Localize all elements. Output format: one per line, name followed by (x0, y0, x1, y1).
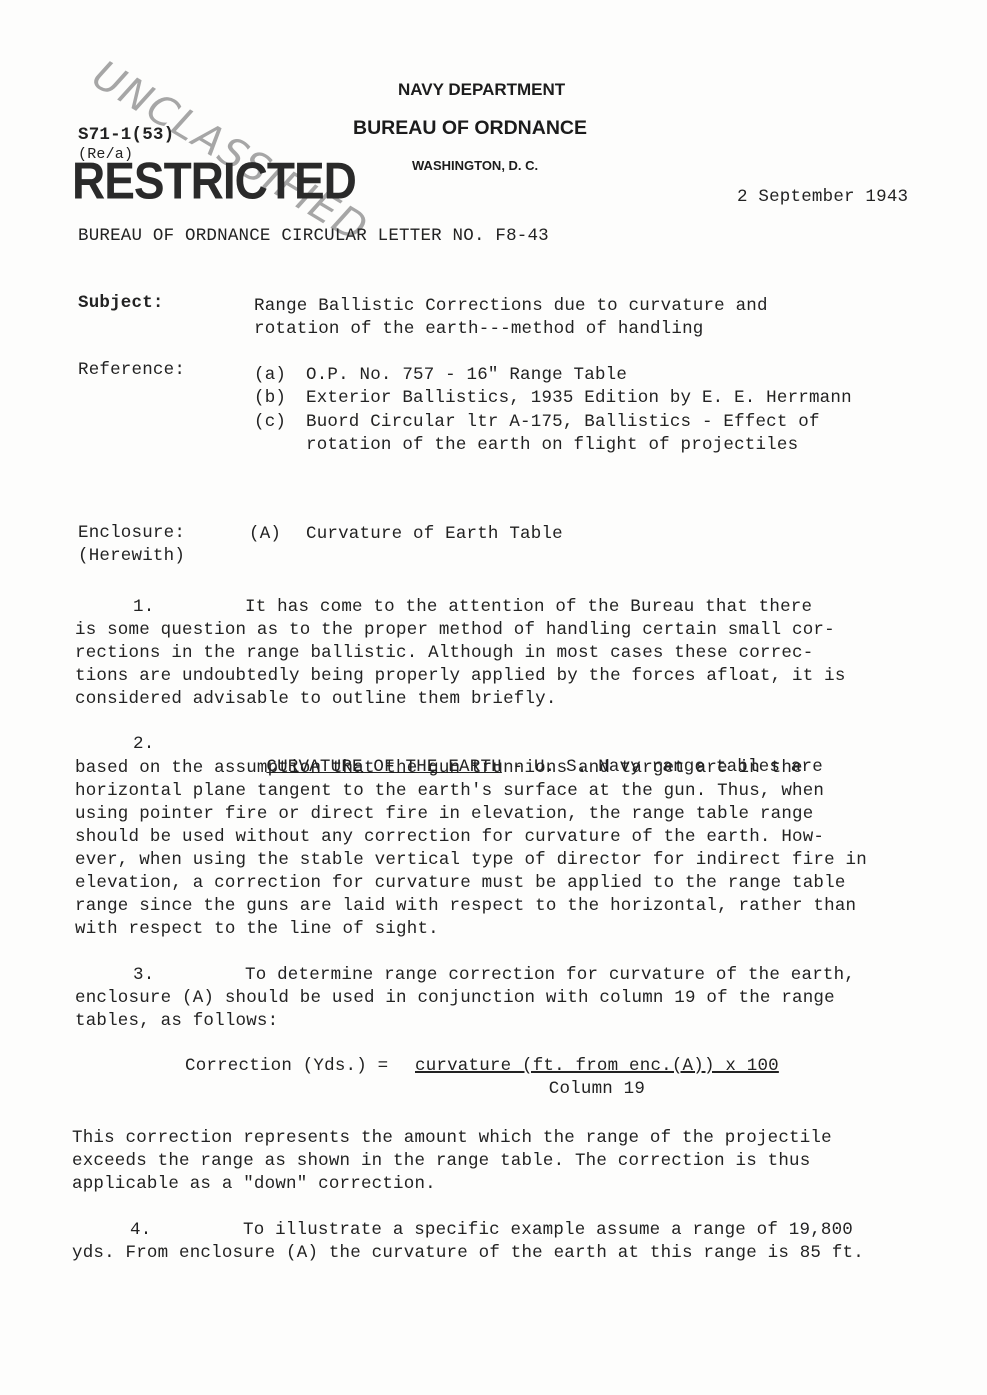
paragraph-3b-line: exceeds the range as shown in the range … (72, 1150, 810, 1173)
paragraph-4-first-line: To illustrate a specific example assume … (243, 1219, 853, 1242)
formula-lhs: Correction (Yds.) = (185, 1055, 388, 1078)
paragraph-3-line: enclosure (A) should be used in conjunct… (75, 987, 835, 1010)
paragraph-1-line: is some question as to the proper method… (75, 619, 835, 642)
reference-label: Reference: (78, 359, 185, 382)
reference-c-mark: (c) (254, 411, 286, 434)
paragraph-1-first-line: It has come to the attention of the Bure… (245, 596, 812, 619)
subject-line-1: Range Ballistic Corrections due to curva… (254, 295, 768, 318)
paragraph-2-line: should be used without any correction fo… (75, 826, 824, 849)
paragraph-4-line: yds. From enclosure (A) the curvature of… (72, 1242, 864, 1265)
restricted-stamp: RESTRICTED (72, 155, 356, 207)
enclosure-label: Enclosure: (78, 522, 185, 545)
paragraph-3b-line: applicable as a "down" correction. (72, 1173, 436, 1196)
paragraph-2-line: using pointer fire or direct fire in ele… (75, 803, 813, 826)
formula-numerator: curvature (ft. from enc.(A)) x 100 (415, 1055, 779, 1078)
circular-title: BUREAU OF ORDNANCE CIRCULAR LETTER NO. F… (78, 225, 549, 248)
formula-denominator: Column 19 (415, 1078, 779, 1101)
paragraph-3-first-line: To determine range correction for curvat… (245, 964, 855, 987)
enclosure-sublabel: (Herewith) (78, 545, 185, 568)
reference-b-mark: (b) (254, 387, 286, 410)
letter-date: 2 September 1943 (737, 186, 908, 209)
formula-fraction: curvature (ft. from enc.(A)) x 100 Colum… (415, 1055, 779, 1101)
paragraph-3b-line: This correction represents the amount wh… (72, 1127, 832, 1150)
paragraph-2-line: based on the assumption that the gun tru… (75, 757, 803, 780)
paragraph-2-line: range since the guns are laid with respe… (75, 895, 856, 918)
paragraph-2-line: elevation, a correction for curvature mu… (75, 872, 846, 895)
letterhead-location: WASHINGTON, D. C. (412, 158, 538, 173)
reference-b: Exterior Ballistics, 1935 Edition by E. … (306, 387, 852, 410)
subject-label: Subject: (78, 292, 164, 315)
subject-line-2: rotation of the earth---method of handli… (254, 318, 703, 341)
reference-c-line-1: Buord Circular ltr A-175, Ballistics - E… (306, 411, 820, 434)
paragraph-4-number: 4. (130, 1219, 151, 1242)
enclosure-mark: (A) (249, 523, 281, 546)
paragraph-2-line: ever, when using the stable vertical typ… (75, 849, 867, 872)
letterhead-navy-department: NAVY DEPARTMENT (398, 80, 565, 100)
paragraph-1-line: rections in the range ballistic. Althoug… (75, 642, 813, 665)
enclosure-text: Curvature of Earth Table (306, 523, 563, 546)
reference-a: O.P. No. 757 - 16" Range Table (306, 364, 627, 387)
paragraph-1-line: considered advisable to outline them bri… (75, 688, 557, 711)
paragraph-3-line: tables, as follows: (75, 1010, 278, 1033)
letterhead-bureau: BUREAU OF ORDNANCE (353, 117, 587, 140)
paragraph-1-number: 1. (133, 596, 154, 619)
paragraph-3-number: 3. (133, 964, 154, 987)
paragraph-2-line: with respect to the line of sight. (75, 918, 439, 941)
paragraph-2-number: 2. (133, 733, 154, 756)
reference-c-line-2: rotation of the earth on flight of proje… (306, 434, 798, 457)
paragraph-1-line: tions are undoubtedly being properly app… (75, 665, 846, 688)
paragraph-2-line: horizontal plane tangent to the earth's … (75, 780, 824, 803)
reference-a-mark: (a) (254, 364, 286, 387)
